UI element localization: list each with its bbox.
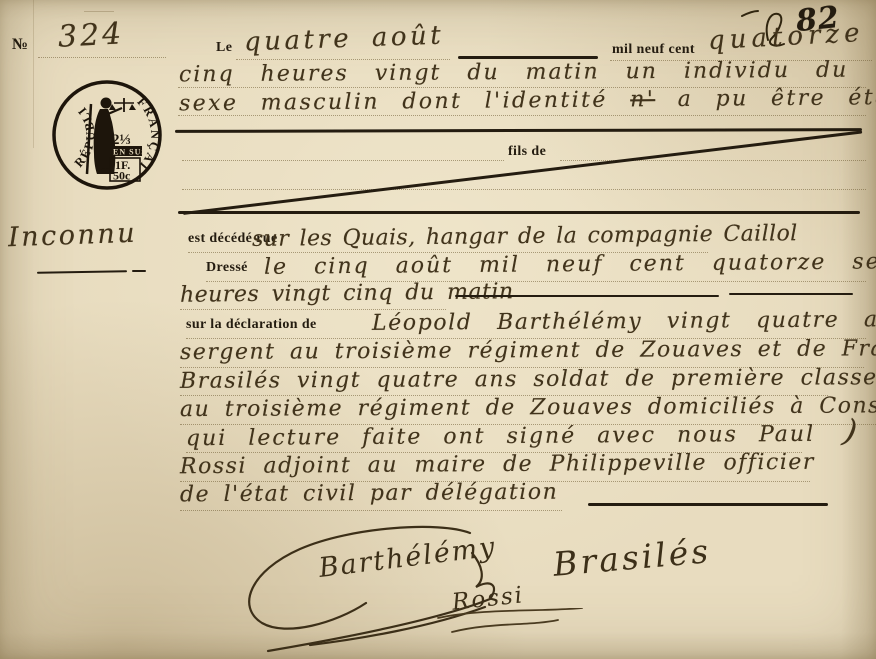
svg-text:Barthélémy: Barthélémy — [316, 531, 498, 584]
margin-note-underline-tick — [132, 270, 146, 272]
printed-mil-neuf-cent: mil neuf cent — [612, 42, 695, 58]
svg-text:2⅓: 2⅓ — [112, 132, 131, 148]
fold-line-vertical — [33, 0, 34, 148]
printed-le: Le — [216, 40, 232, 56]
margin-note-inconnu: Inconnu — [7, 218, 137, 253]
margin-note-underline — [37, 270, 127, 274]
registry-number-value: 324 — [57, 16, 125, 54]
signature-rossi-flourish — [430, 608, 590, 640]
svg-text:50c: 50c — [113, 169, 131, 183]
death-certificate-page: № 324 82 RÉPUBLIQUE FRANÇAISE — [0, 0, 876, 659]
hand-line-sex: sexe masculin dont l'identité n' a pu êt… — [179, 85, 876, 117]
hand-dresse-date: le cinq août mil neuf cent quatorze sept — [264, 249, 876, 280]
filler-stroke — [458, 56, 598, 59]
printed-fils-de: fils de — [508, 144, 546, 160]
registry-number-rule — [38, 57, 166, 58]
signature-brasiles: Brasilés — [552, 531, 713, 584]
filler-stroke — [729, 293, 853, 295]
hand-decl-line4: au troisième régiment de Zouaves domicil… — [180, 393, 876, 422]
svg-text:EN SUS: EN SUS — [113, 148, 147, 157]
hand-decl-line3: Brasilés vingt quatre ans soldat de prem… — [180, 365, 876, 394]
registry-number-symbol: № — [12, 36, 28, 54]
ruled-line — [182, 189, 866, 190]
crossout-line-top — [175, 128, 862, 133]
revenue-stamp-icon: RÉPUBLIQUE FRANÇAISE 2⅓ EN SUS 1F. 50c — [50, 78, 164, 192]
hand-line-sex-b: a pu être établie — [678, 85, 876, 112]
ruled-line — [178, 115, 866, 116]
ruled-line — [180, 510, 562, 511]
hand-struck-word: n' — [630, 87, 655, 112]
printed-sur-declaration: sur la déclaration de — [186, 317, 317, 333]
fold-line-horizontal — [84, 11, 114, 12]
hand-date-year: quatorze — [707, 18, 865, 56]
hand-decl-line7: de l'état civil par délégation — [180, 480, 558, 508]
hand-declarant1: Léopold Barthélémy vingt quatre ans — [372, 307, 876, 336]
hand-decl-line5: qui lecture faite ont signé avec nous Pa… — [186, 422, 815, 451]
hand-decl-line6: Rossi adjoint au maire de Philippeville … — [180, 450, 815, 479]
filler-stroke — [455, 295, 719, 297]
hand-dresse-time: heures vingt cinq du matin — [180, 279, 514, 307]
closing-stroke — [588, 503, 828, 506]
ruled-line — [182, 160, 504, 161]
hand-date-day: quatre août — [244, 21, 445, 58]
crossout-line-bottom — [178, 211, 860, 214]
hand-line-sex-a: sexe masculin dont l'identité — [179, 88, 608, 117]
hand-decl-line2: sergent au troisième régiment de Zouaves… — [180, 336, 876, 365]
printed-dresse: Dressé — [206, 260, 248, 276]
hand-deces-place: sur les Quais, hangar de la compagnie Ca… — [252, 221, 798, 252]
hand-line-time: cinq heures vingt du matin un individu d… — [179, 58, 848, 88]
